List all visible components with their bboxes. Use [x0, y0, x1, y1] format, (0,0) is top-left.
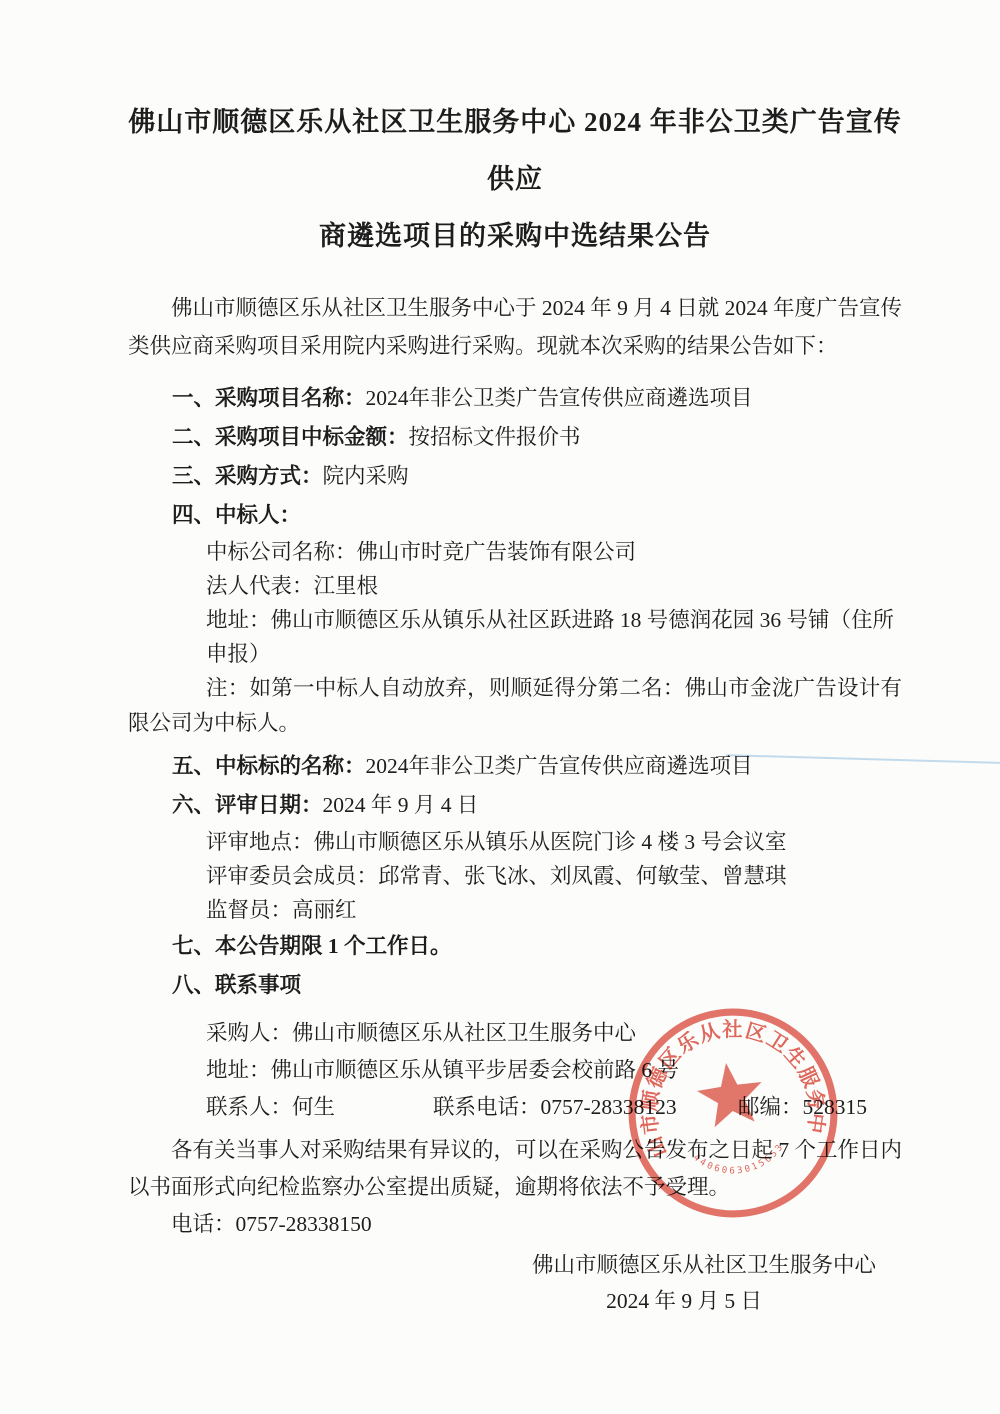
- legal-rep-line: 法人代表：江里根: [128, 569, 902, 603]
- item-review-date-value: 2024 年 9 月 4 日: [323, 793, 479, 817]
- contact-phone: 联系电话：0757-28338123: [433, 1089, 738, 1126]
- signature-date: 2024 年 9 月 5 日: [128, 1283, 902, 1319]
- intro-paragraph: 佛山市顺德区乐从社区卫生服务中心于 2024 年 9 月 4 日就 2024 年…: [128, 289, 902, 365]
- item-project-name-label: 一、采购项目名称：: [172, 386, 366, 410]
- item-review-date: 六、评审日期：2024 年 9 月 4 日: [128, 786, 902, 825]
- item-winner-heading-label: 四、中标人：: [172, 503, 301, 527]
- winner-company-line: 中标公司名称：佛山市时竞广告装饰有限公司: [128, 535, 902, 569]
- item-procurement-method-label: 三、采购方式：: [172, 464, 323, 488]
- title-line-1: 佛山市顺德区乐从社区卫生服务中心 2024 年非公卫类广告宣传供应: [128, 94, 902, 208]
- contact-address-line: 地址：佛山市顺德区乐从镇平步居委会校前路 6 号: [128, 1052, 902, 1089]
- item-subject-name-value: 2024年非公卫类广告宣传供应商遴选项目: [366, 754, 753, 778]
- item-award-amount-label: 二、采购项目中标金额：: [172, 425, 409, 449]
- items-section: 一、采购项目名称：2024年非公卫类广告宣传供应商遴选项目 二、采购项目中标金额…: [128, 379, 902, 1005]
- document-title: 佛山市顺德区乐从社区卫生服务中心 2024 年非公卫类广告宣传供应 商遴选项目的…: [128, 94, 902, 265]
- review-committee-line: 评审委员会成员：邱常青、张飞冰、刘凤霞、何敏莹、曾慧琪: [128, 859, 902, 893]
- contact-postcode: 邮编：528315: [738, 1089, 867, 1126]
- item-contact-heading: 八、联系事项: [128, 966, 902, 1005]
- winner-address-line: 地址：佛山市顺德区乐从镇乐从社区跃进路 18 号德润花园 36 号铺（住所申报）: [128, 603, 902, 671]
- item-subject-name: 五、中标标的名称：2024年非公卫类广告宣传供应商遴选项目: [128, 747, 902, 786]
- contact-section: 采购人：佛山市顺德区乐从社区卫生服务中心 地址：佛山市顺德区乐从镇平步居委会校前…: [128, 1015, 902, 1126]
- phone-line: 电话：0757-28338150: [128, 1206, 902, 1243]
- supervisor-line: 监督员：高丽红: [128, 893, 902, 927]
- review-location-line: 评审地点：佛山市顺德区乐从镇乐从医院门诊 4 楼 3 号会议室: [128, 825, 902, 859]
- signature-org: 佛山市顺德区乐从社区卫生服务中心: [128, 1247, 902, 1283]
- item-review-date-label: 六、评审日期：: [172, 793, 323, 817]
- item-project-name: 一、采购项目名称：2024年非公卫类广告宣传供应商遴选项目: [128, 379, 902, 418]
- item-award-amount: 二、采购项目中标金额：按招标文件报价书: [128, 418, 902, 457]
- item-winner-heading: 四、中标人：: [128, 496, 902, 535]
- item-project-name-value: 2024年非公卫类广告宣传供应商遴选项目: [366, 386, 753, 410]
- contact-detail-row: 联系人：何生 联系电话：0757-28338123 邮编：528315: [128, 1089, 902, 1126]
- page-body: 佛山市顺德区乐从社区卫生服务中心 2024 年非公卫类广告宣传供应 商遴选项目的…: [0, 94, 1000, 1319]
- objection-paragraph: 各有关当事人对采购结果有异议的，可以在采购公告发布之日起 7 个工作日内以书面形…: [128, 1132, 902, 1206]
- contact-person: 联系人：何生: [206, 1089, 433, 1126]
- title-line-2: 商遴选项目的采购中选结果公告: [128, 208, 902, 265]
- item-award-amount-value: 按招标文件报价书: [409, 425, 581, 449]
- document-page: 佛山市顺德区乐从社区卫生服务中心 2024 年非公卫类广告宣传供应 商遴选项目的…: [0, 0, 1000, 1414]
- item-subject-name-label: 五、中标标的名称：: [172, 754, 366, 778]
- item-announcement-period: 七、本公告期限 1 个工作日。: [128, 927, 902, 966]
- item-procurement-method: 三、采购方式：院内采购: [128, 457, 902, 496]
- note-paragraph: 注：如第一中标人自动放弃，则顺延得分第二名：佛山市金泷广告设计有限公司为中标人。: [128, 671, 902, 741]
- buyer-line: 采购人：佛山市顺德区乐从社区卫生服务中心: [128, 1015, 902, 1052]
- item-procurement-method-value: 院内采购: [323, 464, 409, 488]
